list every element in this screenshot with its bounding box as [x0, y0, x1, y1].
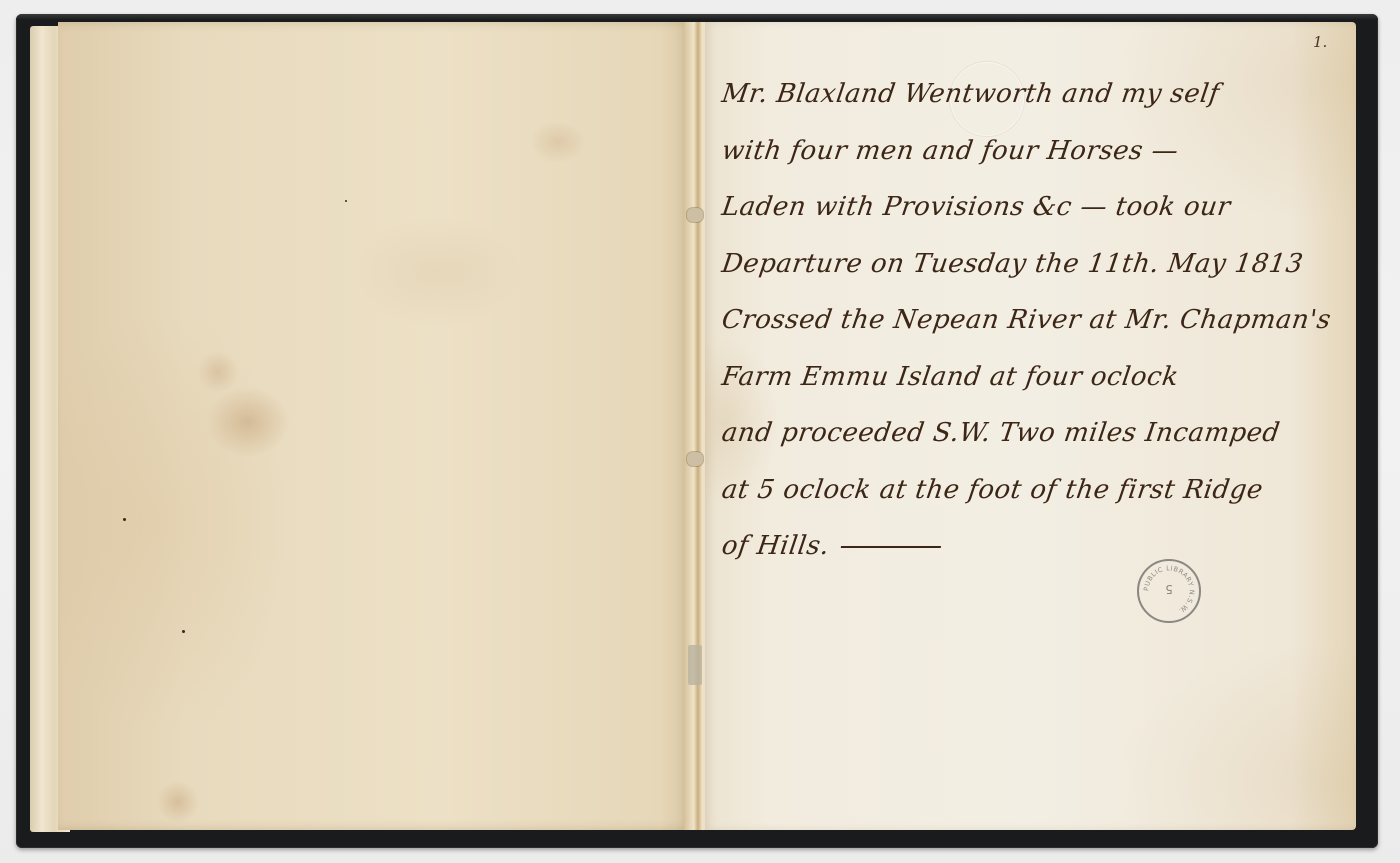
line-text: and proceeded S.W. Two miles Incamped — [720, 418, 1282, 448]
binding-stitch — [687, 208, 703, 222]
manuscript-text: Mr. Blaxland Wentworth and my self with … — [722, 66, 1352, 575]
manuscript-line: Farm Emmu Island at four oclock — [718, 349, 1356, 406]
stamp-center-mark: 5 — [1139, 582, 1199, 596]
manuscript-line: Crossed the Nepean River at Mr. Chapman'… — [718, 292, 1356, 349]
manuscript-line: with four men and four Horses — — [718, 123, 1356, 180]
manuscript-line: and proceeded S.W. Two miles Incamped — [718, 405, 1356, 462]
library-stamp: PUBLIC LIBRARY N.S.W. 5 — [1137, 559, 1201, 623]
line-text: Farm Emmu Island at four oclock — [720, 362, 1181, 392]
manuscript-line: Departure on Tuesday the 11th. May 1813 — [718, 236, 1356, 293]
line-text: Laden with Provisions &c — took our — [720, 192, 1233, 222]
line-text: at 5 oclock at the foot of the first Rid… — [720, 475, 1265, 505]
cover-edge-highlight — [16, 14, 1378, 20]
line-text: of Hills. — [720, 531, 831, 561]
line-text: Departure on Tuesday the 11th. May 1813 — [720, 249, 1305, 279]
manuscript-line: Laden with Provisions &c — took our — [718, 179, 1356, 236]
line-text: with four men and four Horses — — [720, 136, 1180, 166]
manuscript-line: of Hills. — [718, 518, 1356, 575]
ink-spot — [345, 200, 347, 202]
left-page-blank — [58, 22, 692, 830]
line-text: Crossed the Nepean River at Mr. Chapman'… — [720, 305, 1333, 335]
end-flourish-dash — [841, 546, 941, 548]
ink-spot — [123, 518, 126, 521]
line-text: Mr. Blaxland Wentworth and my self — [720, 79, 1221, 109]
manuscript-line: Mr. Blaxland Wentworth and my self — [718, 66, 1356, 123]
page-number: 1. — [1313, 33, 1327, 51]
ink-spot — [182, 630, 185, 633]
repair-tape — [688, 645, 702, 685]
binding-stitch — [687, 452, 703, 466]
manuscript-line: at 5 oclock at the foot of the first Rid… — [718, 462, 1356, 519]
